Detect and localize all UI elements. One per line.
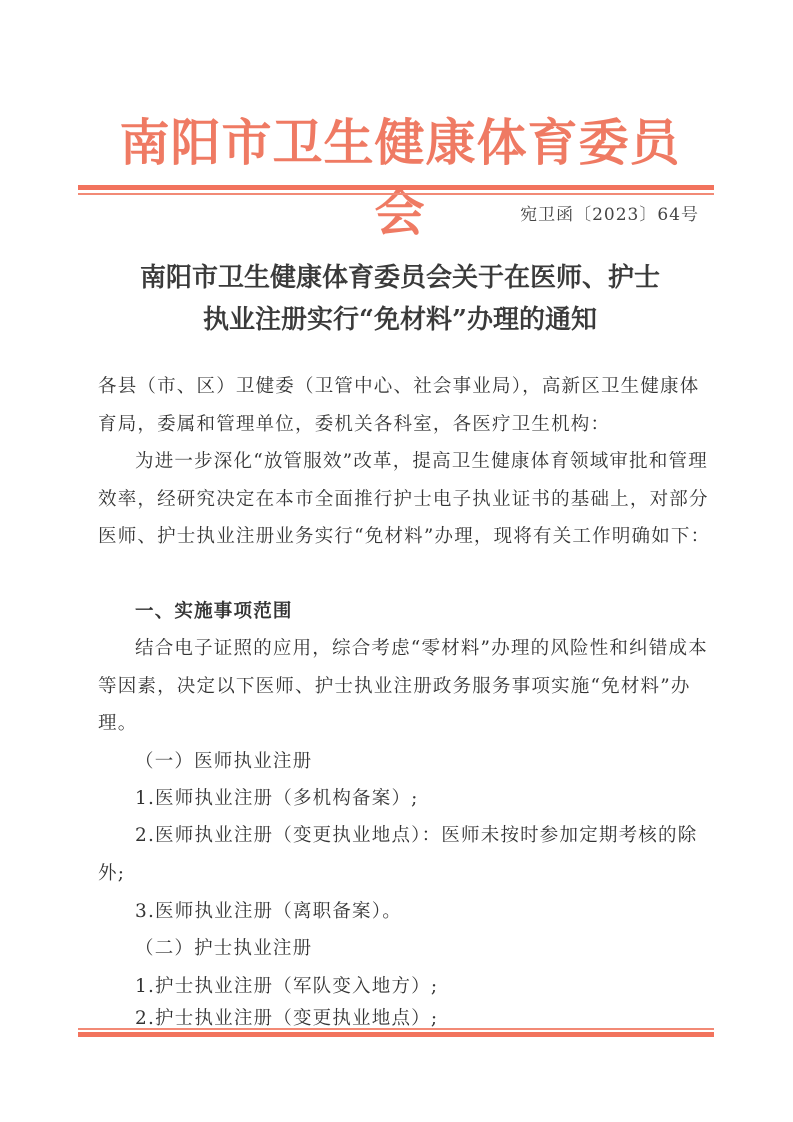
sub1-item: 1.医师执业注册（多机构备案）; [98, 780, 718, 818]
sub1-heading: （一）医师执业注册 [98, 743, 718, 781]
doc-title-line2: 执业注册实行“免材料”办理的通知 [90, 300, 710, 340]
doc-number: 宛卫函〔2023〕64号 [520, 200, 699, 225]
section1-heading: 一、实施事项范围 [98, 593, 718, 631]
sub1-item: 3.医师执业注册（离职备案）。 [98, 893, 718, 931]
letterhead-rule-thick [78, 185, 714, 190]
letterhead-org-name: 南阳市卫生健康体育委员会 [100, 108, 700, 248]
doc-title-line1: 南阳市卫生健康体育委员会关于在医师、护士 [90, 258, 710, 298]
footer-rule-thin [78, 1028, 714, 1030]
sub1-item: 2.医师执业注册（变更执业地点）：医师未按时参加定期考核的除外; [98, 817, 718, 892]
recipients: 各县（市、区）卫健委（卫管中心、社会事业局），高新区卫生健康体育局，委属和管理单… [98, 368, 718, 443]
intro-paragraph: 为进一步深化“放管服效”改革，提高卫生健康体育领域审批和管理效率，经研究决定在本… [98, 443, 718, 556]
sub2-heading: （二）护士执业注册 [98, 930, 718, 968]
letterhead-rule-thin [78, 193, 714, 195]
footer-rule-thick [78, 1032, 714, 1037]
section1-text: 结合电子证照的应用，综合考虑“零材料”办理的风险性和纠错成本等因素，决定以下医师… [98, 630, 718, 743]
